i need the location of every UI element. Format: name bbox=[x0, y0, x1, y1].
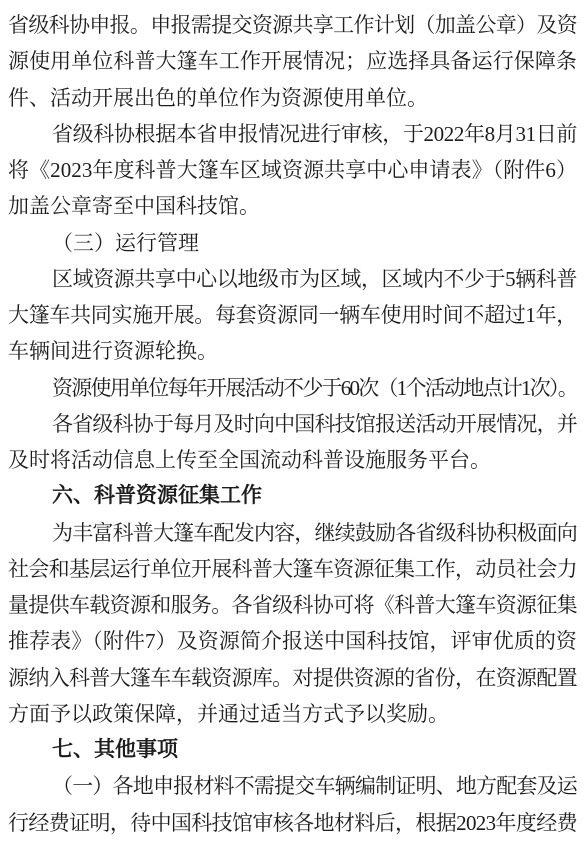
line-text: 社会和基层运行单位开展科普大篷车资源征集工作，动员社会力 bbox=[8, 557, 577, 581]
line-text: 资源使用单位每年开展活动不少于60次（1个活动地点计1次）。 bbox=[52, 376, 577, 400]
line-text: （一）各地申报材料不需提交车辆编制证明、地方配套及运 bbox=[52, 774, 577, 798]
document-line: 行经费证明，待中国科技馆审核各地材料后，根据2023年度经费 bbox=[8, 805, 577, 841]
document-line: 及时将活动信息上传至全国流动科普设施服务平台。 bbox=[8, 442, 577, 478]
line-text: 各省级科协于每月及时向中国科技馆报送活动开展情况，并 bbox=[52, 412, 577, 436]
line-text: 方面予以政策保障，并通过适当方式予以奖励。 bbox=[8, 702, 449, 726]
line-text: 省级科协申报。申报需提交资源共享工作计划（加盖公章）及资 bbox=[8, 13, 577, 37]
line-text: 及时将活动信息上传至全国流动科普设施服务平台。 bbox=[8, 448, 491, 472]
line-text: 件、活动开展出色的单位作为资源使用单位。 bbox=[8, 86, 428, 110]
document-line: 方面予以政策保障，并通过适当方式予以奖励。 bbox=[8, 696, 577, 732]
line-text: 加盖公章寄至中国科技馆。 bbox=[8, 194, 260, 218]
section-heading: 七、其他事项 bbox=[8, 732, 577, 768]
document-line: 省级科协申报。申报需提交资源共享工作计划（加盖公章）及资 bbox=[8, 7, 577, 43]
document-line: 社会和基层运行单位开展科普大篷车资源征集工作，动员社会力 bbox=[8, 551, 577, 587]
document-line: 量提供车载资源和服务。各省级科协可将《科普大篷车资源征集 bbox=[8, 587, 577, 623]
line-text: 车辆间进行资源轮换。 bbox=[8, 339, 218, 363]
document-page: 省级科协申报。申报需提交资源共享工作计划（加盖公章）及资源使用单位科普大篷车工作… bbox=[0, 0, 585, 848]
line-text: 量提供车载资源和服务。各省级科协可将《科普大篷车资源征集 bbox=[8, 593, 577, 617]
line-text: 区域资源共享中心以地级市为区域，区域内不少于5辆科普 bbox=[52, 267, 577, 291]
document-line: 资源使用单位每年开展活动不少于60次（1个活动地点计1次）。 bbox=[8, 370, 577, 406]
document-line: 源使用单位科普大篷车工作开展情况；应选择具备运行保障条 bbox=[8, 43, 577, 79]
document-line: （三）运行管理 bbox=[8, 225, 577, 261]
line-text: 大篷车共同实施开展。每套资源同一辆车使用时间不超过1年， bbox=[8, 303, 577, 327]
line-text: 为丰富科普大篷车配发内容，继续鼓励各省级科协积极面向 bbox=[52, 521, 577, 545]
line-text: 推荐表》（附件7）及资源简介报送中国科技馆，评审优质的资 bbox=[8, 629, 577, 653]
document-line: 区域资源共享中心以地级市为区域，区域内不少于5辆科普 bbox=[8, 261, 577, 297]
document-line: 大篷车共同实施开展。每套资源同一辆车使用时间不超过1年， bbox=[8, 297, 577, 333]
line-text: 源使用单位科普大篷车工作开展情况；应选择具备运行保障条 bbox=[8, 49, 577, 73]
document-line: 加盖公章寄至中国科技馆。 bbox=[8, 188, 577, 224]
document-line: 将《2023年度科普大篷车区域资源共享中心申请表》（附件6） bbox=[8, 152, 577, 188]
section-heading: 六、科普资源征集工作 bbox=[8, 478, 577, 514]
line-text: 七、其他事项 bbox=[52, 738, 178, 761]
line-text: 六、科普资源征集工作 bbox=[52, 484, 262, 507]
document-line: 各省级科协于每月及时向中国科技馆报送活动开展情况，并 bbox=[8, 406, 577, 442]
document-line: 源纳入科普大篷车车载资源库。对提供资源的省份，在资源配置 bbox=[8, 660, 577, 696]
line-text: 将《2023年度科普大篷车区域资源共享中心申请表》（附件6） bbox=[8, 158, 577, 182]
line-text: 省级科协根据本省申报情况进行审核，于2022年8月31日前 bbox=[52, 122, 577, 146]
document-line: 为丰富科普大篷车配发内容，继续鼓励各省级科协积极面向 bbox=[8, 515, 577, 551]
document-line: 省级科协根据本省申报情况进行审核，于2022年8月31日前 bbox=[8, 116, 577, 152]
document-line: （一）各地申报材料不需提交车辆编制证明、地方配套及运 bbox=[8, 768, 577, 804]
line-text: （三）运行管理 bbox=[52, 231, 199, 255]
document-line: 车辆间进行资源轮换。 bbox=[8, 333, 577, 369]
document-line: 推荐表》（附件7）及资源简介报送中国科技馆，评审优质的资 bbox=[8, 623, 577, 659]
document-line: 件、活动开展出色的单位作为资源使用单位。 bbox=[8, 80, 577, 116]
line-text: 行经费证明，待中国科技馆审核各地材料后，根据2023年度经费 bbox=[8, 811, 577, 835]
line-text: 源纳入科普大篷车车载资源库。对提供资源的省份，在资源配置 bbox=[8, 666, 577, 690]
